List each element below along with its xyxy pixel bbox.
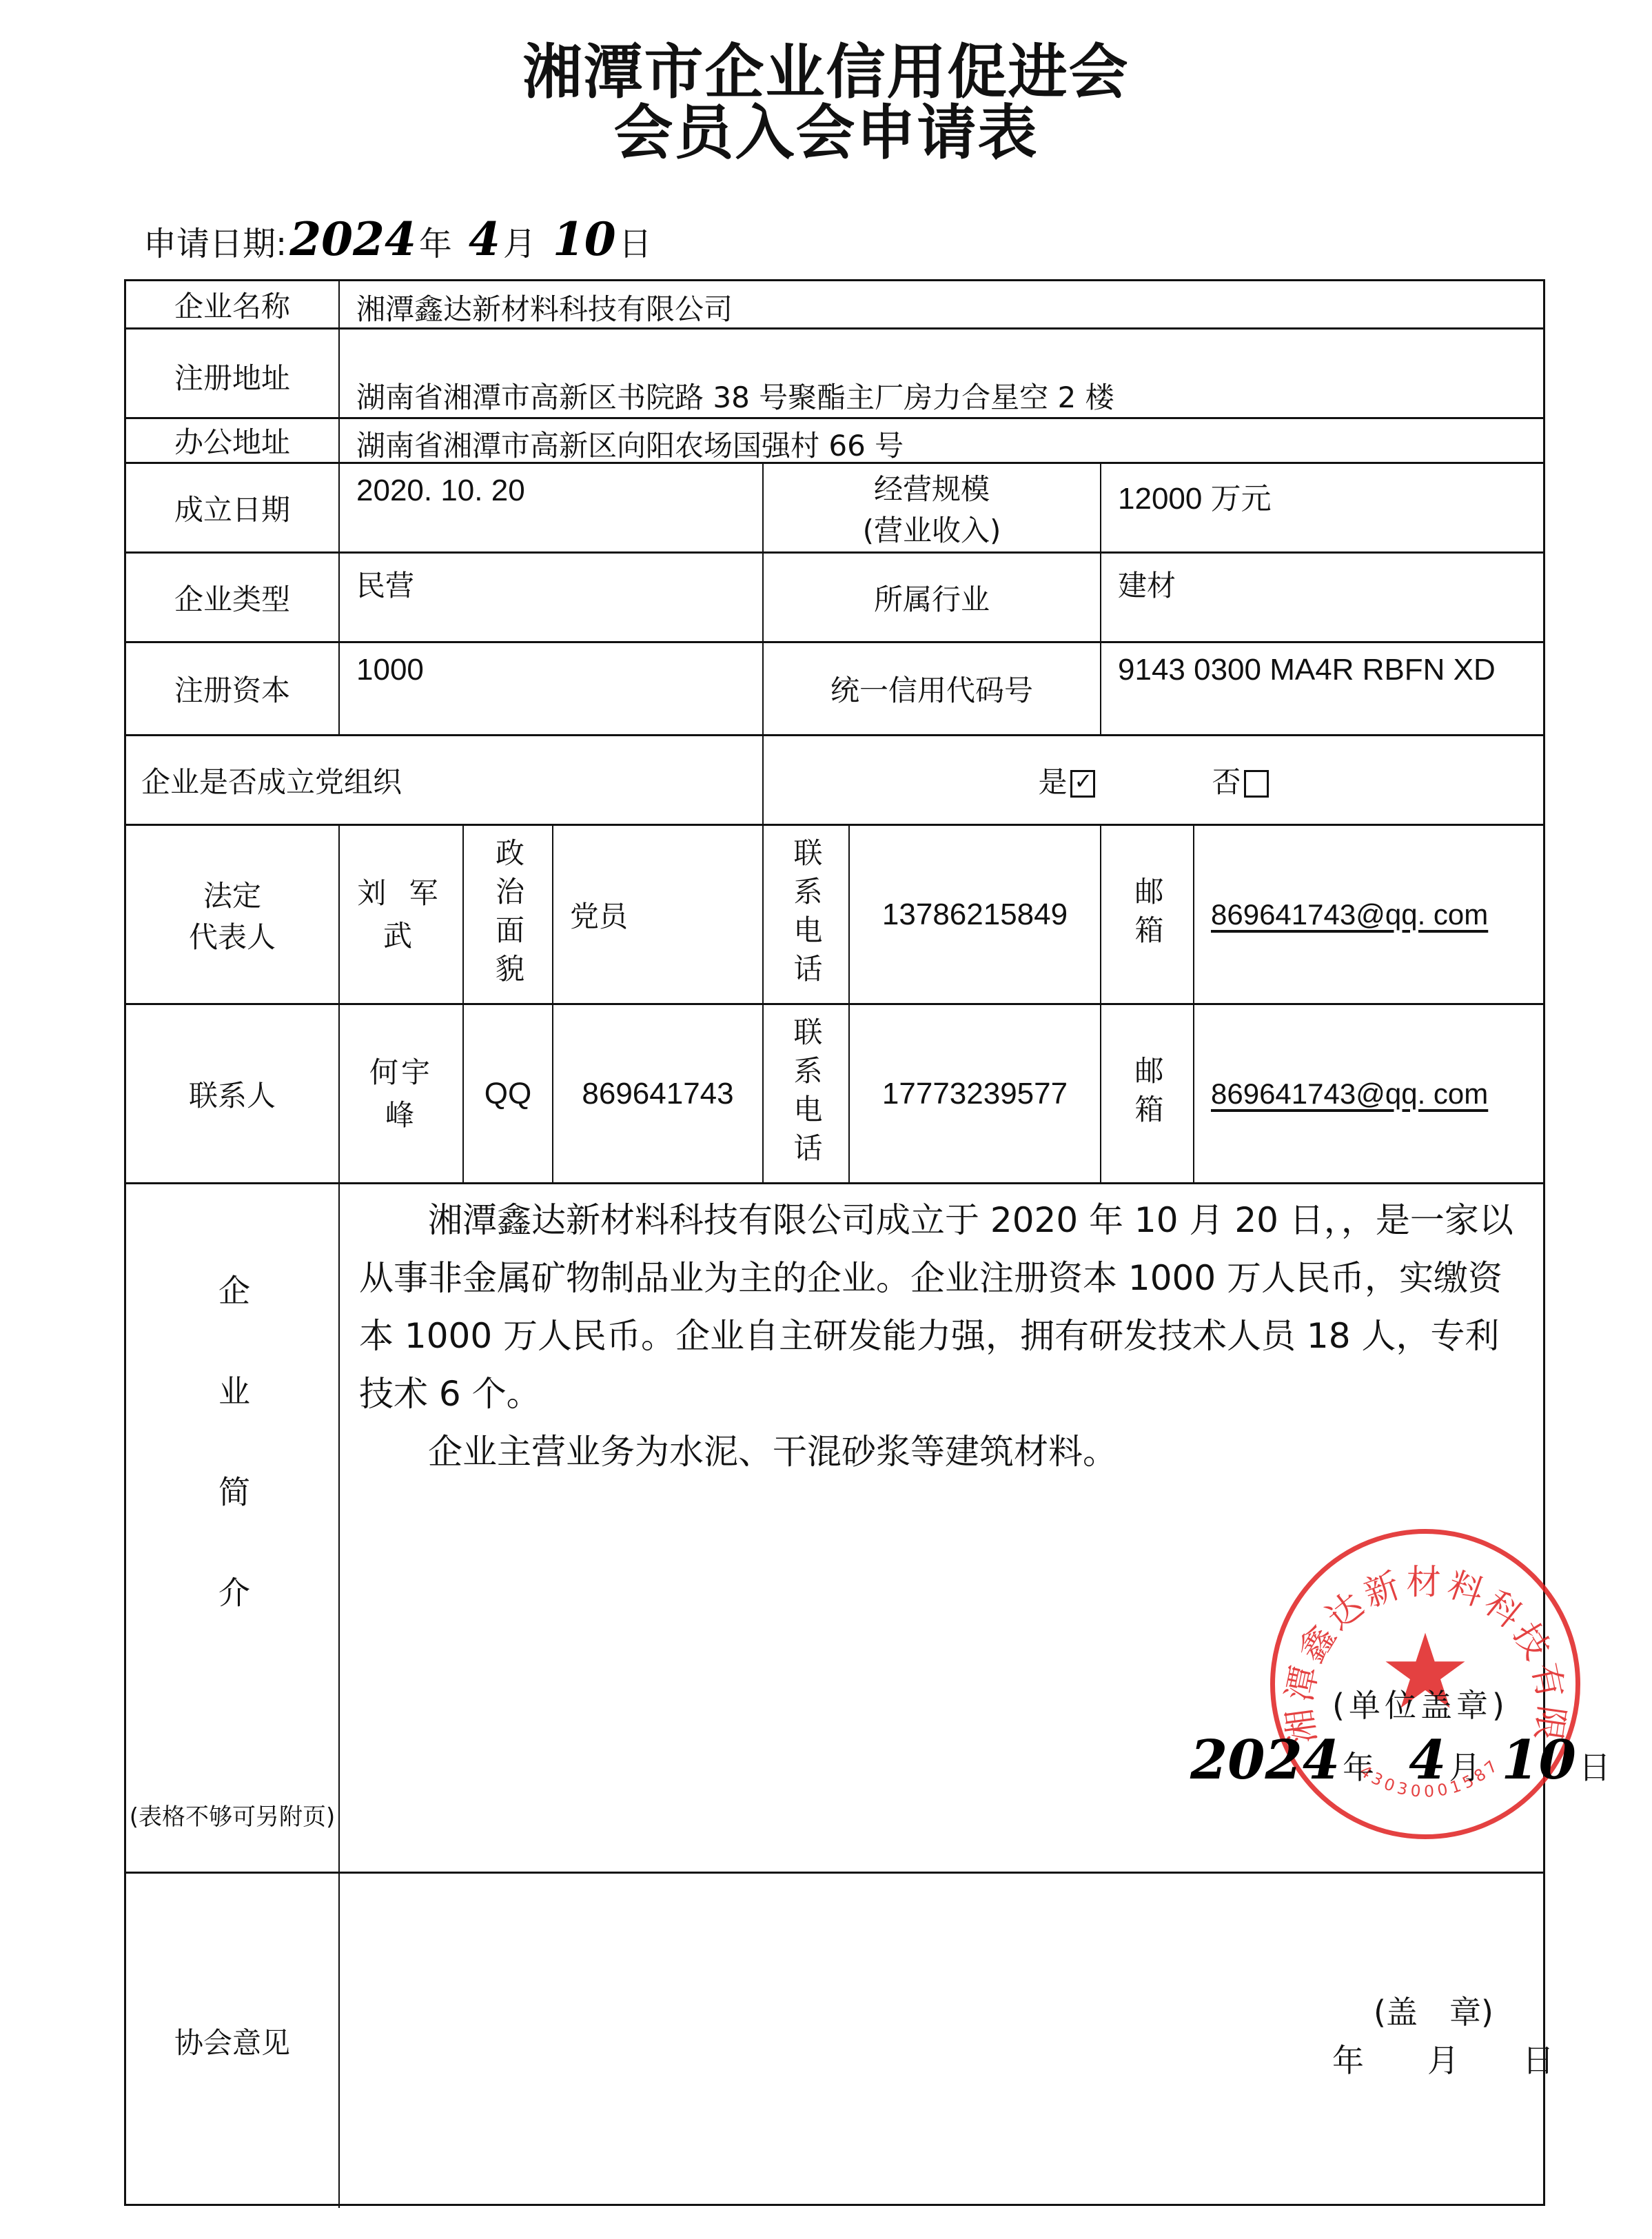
- industry-field[interactable]: 建材: [1101, 554, 1543, 643]
- contact-email-label-text: 邮箱: [1127, 1055, 1168, 1133]
- intro-field[interactable]: 湘潭鑫达新材料科技有限公司成立于 2020 年 10 月 20 日，，是一家以从…: [340, 1184, 1543, 1874]
- registered-capital-field[interactable]: 1000: [340, 643, 764, 736]
- office-address-label: 办公地址: [126, 419, 340, 464]
- application-form: 企业名称 湘潭鑫达新材料科技有限公司 注册地址 湖南省湘潭市高新区书院路 38 …: [124, 279, 1545, 2206]
- unchecked-box-icon[interactable]: [1244, 770, 1269, 798]
- contact-phone-label-text: 联系电话: [786, 1017, 827, 1171]
- day-unit: 日: [619, 217, 652, 265]
- legal-rep-label-line1: 法定: [203, 873, 261, 915]
- business-scale-label-main: 经营规模: [874, 467, 990, 508]
- legal-rep-phone-label: 联系电话: [764, 826, 850, 1005]
- intro-paragraph-2: 企业主营业务为水泥、干混砂浆等建筑材料。: [359, 1423, 1529, 1481]
- association-opinion-field[interactable]: (盖 章) 年 月 日: [340, 1874, 1543, 2208]
- application-date-year[interactable]: 2024: [289, 212, 416, 266]
- signature-month[interactable]: 4: [1409, 1729, 1446, 1792]
- contact-phone-label: 联系电话: [764, 1005, 850, 1184]
- month-unit: 月: [503, 217, 536, 265]
- office-address-field[interactable]: 湖南省湘潭市高新区向阳农场国强村 66 号: [340, 419, 1543, 464]
- association-seal-note: (盖 章): [1374, 1987, 1493, 2033]
- association-opinion-label: 协会意见: [126, 1874, 340, 2208]
- contact-label: 联系人: [126, 1005, 340, 1184]
- political-status-field[interactable]: 党员: [553, 826, 764, 1005]
- intro-label-cell: 企业简介 (表格不够可另附页): [126, 1184, 340, 1874]
- application-date-month[interactable]: 4: [469, 212, 500, 266]
- signature-day-unit: 日: [1579, 1743, 1611, 1788]
- application-date-label: 申请日期:: [143, 217, 287, 265]
- qq-label: QQ: [464, 1005, 553, 1184]
- year-unit: 年: [419, 217, 452, 265]
- legal-rep-email-label: 邮箱: [1101, 826, 1194, 1005]
- company-type-label: 企业类型: [126, 554, 340, 643]
- party-org-yes-option[interactable]: 是: [1038, 760, 1094, 801]
- political-status-label: 政治面貌: [464, 826, 553, 1005]
- signature-day[interactable]: 10: [1501, 1729, 1576, 1792]
- seal-note: (单位盖章): [1332, 1681, 1509, 1726]
- party-org-no-label: 否: [1212, 765, 1241, 799]
- intro-paragraph-1: 湘潭鑫达新材料科技有限公司成立于 2020 年 10 月 20 日，，是一家以从…: [359, 1191, 1529, 1423]
- signature-year[interactable]: 2024: [1190, 1729, 1340, 1792]
- association-date: 年 月 日: [1332, 2036, 1554, 2081]
- signature-month-unit: 月: [1449, 1743, 1480, 1788]
- company-type-field[interactable]: 民营: [340, 554, 764, 643]
- registered-address-label: 注册地址: [126, 330, 340, 419]
- party-org-yes-label: 是: [1038, 765, 1067, 799]
- document-title: 湘潭市企业信用促进会: [0, 43, 1652, 102]
- intro-label: 企业简介: [210, 1274, 255, 1676]
- registered-address-field[interactable]: 湖南省湘潭市高新区书院路 38 号聚酯主厂房力合星空 2 楼: [340, 330, 1543, 419]
- party-org-options: 是 否: [764, 736, 1543, 826]
- legal-rep-phone-field[interactable]: 13786215849: [850, 826, 1101, 1005]
- application-date: 申请日期: 2024 年 4 月 10 日: [143, 212, 652, 266]
- contact-email-field[interactable]: 869641743@qq. com: [1194, 1005, 1543, 1184]
- document-subtitle: 会员入会申请表: [0, 103, 1652, 163]
- checked-box-icon[interactable]: [1070, 770, 1095, 798]
- legal-rep-email-link[interactable]: 869641743@qq. com: [1211, 898, 1488, 931]
- credit-code-label: 统一信用代码号: [764, 643, 1101, 736]
- legal-rep-label: 法定 代表人: [126, 826, 340, 1005]
- signature-date: 2024 年 4 月 10 日: [1187, 1729, 1611, 1792]
- legal-rep-email-field[interactable]: 869641743@qq. com: [1194, 826, 1543, 1005]
- party-org-no-option[interactable]: 否: [1212, 760, 1269, 801]
- contact-name-field[interactable]: 何宇峰: [340, 1005, 464, 1184]
- credit-code-field[interactable]: 9143 0300 MA4R RBFN XD: [1101, 643, 1543, 736]
- qq-field[interactable]: 869641743: [553, 1005, 764, 1184]
- business-scale-label: 经营规模 (营业收入): [764, 464, 1101, 554]
- political-status-label-text: 政治面貌: [487, 838, 529, 992]
- contact-name-text: 何宇峰: [367, 1051, 436, 1137]
- business-scale-label-sub: (营业收入): [863, 508, 1001, 549]
- company-name-label: 企业名称: [126, 281, 340, 330]
- founded-date-label: 成立日期: [126, 464, 340, 554]
- party-org-label: 企业是否成立党组织: [126, 736, 764, 826]
- signature-year-unit: 年: [1343, 1743, 1374, 1788]
- contact-phone-field[interactable]: 17773239577: [850, 1005, 1101, 1184]
- application-date-day[interactable]: 10: [553, 212, 616, 266]
- legal-rep-name-field[interactable]: 刘 军 武: [340, 826, 464, 1005]
- contact-email-label: 邮箱: [1101, 1005, 1194, 1184]
- intro-note: (表格不够可另附页): [126, 1798, 338, 1832]
- business-scale-field[interactable]: 12000 万元: [1101, 464, 1543, 554]
- founded-date-field[interactable]: 2020. 10. 20: [340, 464, 764, 554]
- legal-rep-email-label-text: 邮箱: [1127, 876, 1168, 953]
- legal-rep-label-line2: 代表人: [189, 915, 276, 956]
- contact-email-link[interactable]: 869641743@qq. com: [1211, 1077, 1488, 1111]
- legal-rep-phone-label-text: 联系电话: [786, 838, 827, 992]
- company-name-field[interactable]: 湘潭鑫达新材料科技有限公司: [340, 281, 1543, 330]
- industry-label: 所属行业: [764, 554, 1101, 643]
- registered-capital-label: 注册资本: [126, 643, 340, 736]
